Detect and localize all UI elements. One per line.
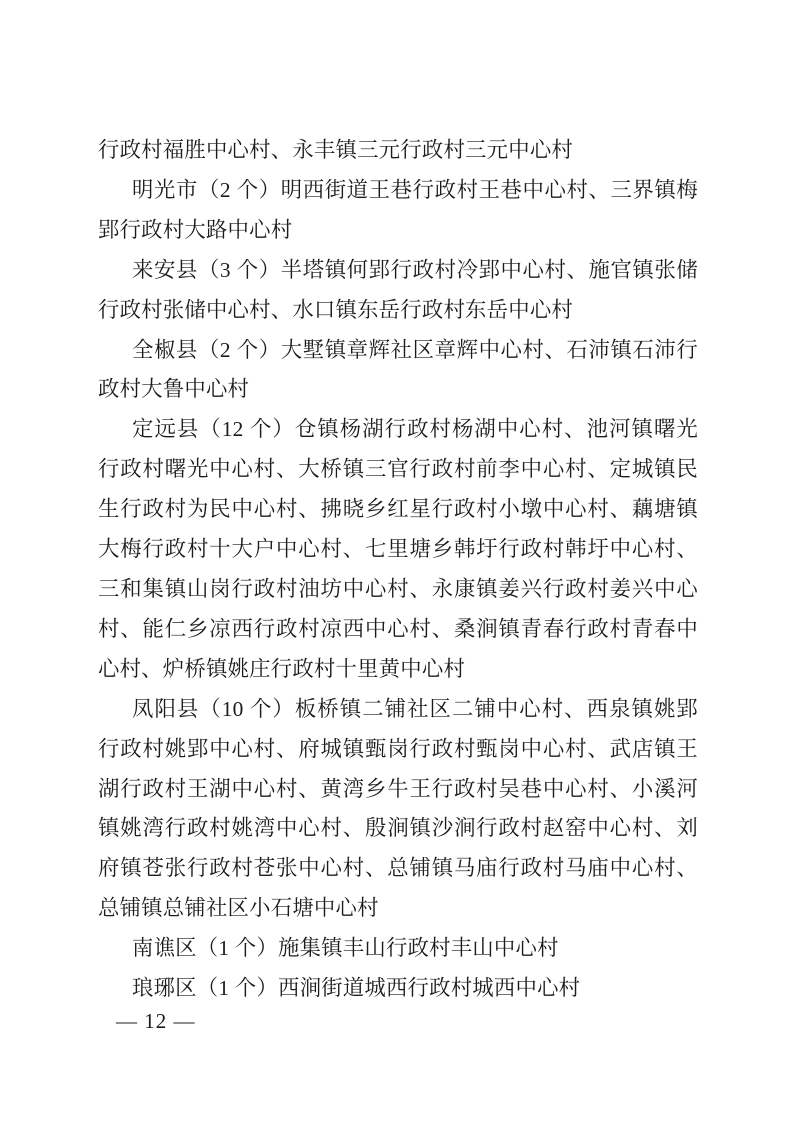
paragraph-dingyuan-county: 定远县（12 个）仓镇杨湖行政村杨湖中心村、池河镇曙光行政村曙光中心村、大桥镇三… [98,410,698,689]
page-number: — 12 — [116,1001,196,1041]
paragraph-quanjiao-county: 全椒县（2 个）大墅镇章辉社区章辉中心村、石沛镇石沛行政村大鲁中心村 [98,331,698,411]
document-page: 行政村福胜中心村、永丰镇三元行政村三元中心村 明光市（2 个）明西街道王巷行政村… [0,0,793,1122]
paragraph-mingguang-city: 明光市（2 个）明西街道王巷行政村王巷中心村、三界镇梅郢行政村大路中心村 [98,171,698,251]
document-body-text: 行政村福胜中心村、永丰镇三元行政村三元中心村 明光市（2 个）明西街道王巷行政村… [98,131,698,1009]
paragraph-continuation: 行政村福胜中心村、永丰镇三元行政村三元中心村 [98,131,698,171]
paragraph-laian-county: 来安县（3 个）半塔镇何郢行政村冷郢中心村、施官镇张储行政村张储中心村、水口镇东… [98,251,698,331]
paragraph-nanqiao-district: 南谯区（1 个）施集镇丰山行政村丰山中心村 [98,929,698,969]
paragraph-fengyang-county: 凤阳县（10 个）板桥镇二铺社区二铺中心村、西泉镇姚郢行政村姚郢中心村、府城镇甄… [98,690,698,929]
